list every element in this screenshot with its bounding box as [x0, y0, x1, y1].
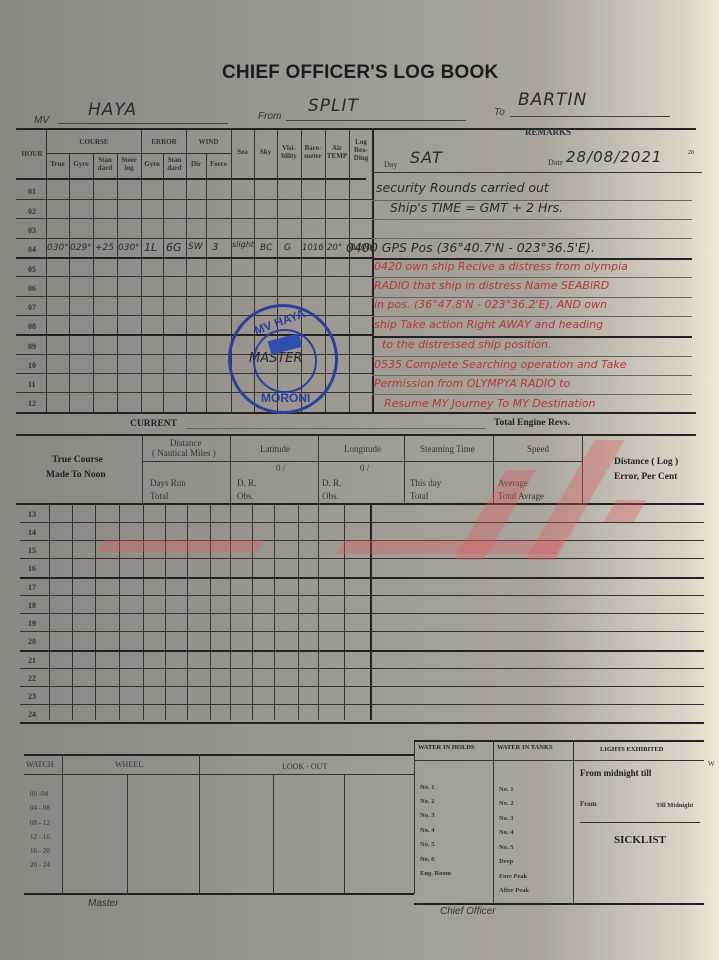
- grid-vline: [165, 504, 166, 720]
- noon-vline: [318, 435, 319, 503]
- remark-line-11: Resume MY Journey To MY Destination: [384, 397, 595, 410]
- lights-from-label: From: [580, 800, 597, 808]
- watch-label: WATCH: [26, 760, 54, 769]
- remark-line-4: 0420 own ship Recive a distress from oly…: [374, 260, 628, 273]
- days-run-label: Days Run: [150, 478, 186, 488]
- row04-gyro-course: 029°: [70, 243, 92, 253]
- ship-stamp: MV HAYA MASTER MORONI: [228, 304, 338, 414]
- hold-2: No. 2: [420, 798, 434, 805]
- hour-20: 20: [28, 637, 36, 646]
- hour-11: 11: [28, 380, 36, 389]
- row-line: [20, 704, 704, 705]
- hour-05: 05: [28, 265, 36, 274]
- row-line: [20, 558, 704, 559]
- row-line: [20, 595, 704, 596]
- page-title: CHIEF OFFICER'S LOG BOOK: [222, 62, 498, 84]
- from-underline: [286, 120, 466, 121]
- col-sea: Sea: [231, 148, 254, 156]
- hour-10: 10: [28, 361, 36, 370]
- pm-table-bottom: [20, 722, 704, 724]
- grid-vline: [318, 504, 319, 720]
- row-line: [20, 650, 704, 652]
- wheel-label: WHEEL: [115, 760, 143, 769]
- hour-23: 23: [28, 692, 36, 701]
- vessel-underline: [58, 123, 228, 124]
- current-label: CURRENT: [130, 419, 177, 429]
- row04-visibility: G: [284, 243, 291, 253]
- col-gyro: Gyro: [69, 160, 93, 168]
- tank-1: No. 1: [499, 786, 513, 793]
- watch-top-border: [24, 754, 414, 756]
- lights-exhibited-label: LIGHTS EXHIBITED: [600, 746, 663, 753]
- to-label: To: [494, 107, 505, 118]
- hour-16: 16: [28, 564, 36, 573]
- col-wind-force: Force: [206, 160, 231, 168]
- to-underline: [510, 116, 670, 117]
- water-holds-label: WATER IN HOLDS: [418, 744, 475, 751]
- chief-officer-signature-label: Chief Officer: [440, 906, 496, 917]
- row-line: [16, 199, 372, 200]
- hour-07: 07: [28, 303, 36, 312]
- hour-08: 08: [28, 322, 36, 331]
- till-midnight-label: Till Midnight: [656, 802, 693, 809]
- am-table-bottom: [16, 412, 696, 414]
- tank-5: No. 5: [499, 844, 513, 851]
- hour-12: 12: [28, 399, 36, 408]
- col-true: True: [46, 160, 69, 168]
- hour-14: 14: [28, 528, 36, 537]
- grid-vline: [274, 504, 275, 720]
- error-per-cent-label: Error, Per Cent: [614, 472, 677, 482]
- row04-air-temp: 20°: [327, 243, 342, 253]
- pm-remarks-divider: [370, 504, 372, 720]
- watch-12-16: 12 - 16: [30, 833, 50, 841]
- row-line: [16, 218, 372, 219]
- speed-label: Speed: [527, 444, 549, 454]
- vessel-name: HAYA: [88, 100, 137, 120]
- grid-vline: [344, 504, 345, 720]
- row04-wind-dir: SW: [188, 242, 203, 252]
- remarks-rule: [372, 238, 692, 239]
- col-wind-dir: Dir: [186, 160, 206, 168]
- this-day-label: This day: [410, 478, 441, 488]
- row-line: [16, 296, 372, 297]
- remarks-rule: [372, 356, 692, 357]
- row-line: [16, 238, 372, 239]
- remark-line-2: Ship's TIME = GMT + 2 Hrs.: [390, 200, 563, 215]
- grid-vline: [210, 504, 211, 720]
- water-tanks-label: WATER IN TANKS: [497, 744, 553, 751]
- noon-vline: [230, 435, 231, 503]
- row04-steering: 030°: [118, 243, 140, 253]
- date-suffix: 20: [688, 150, 694, 156]
- col-steering: Steer ing: [117, 156, 141, 172]
- row04-standard: +25: [95, 243, 114, 253]
- row04-error-gyro: 1L: [144, 241, 157, 254]
- from-label: From: [258, 111, 281, 122]
- watch-08-12: 08 - 12: [30, 819, 50, 827]
- hour-header: HOUR: [17, 150, 47, 158]
- hour-24: 24: [28, 710, 36, 719]
- water-vline: [573, 740, 574, 903]
- col-sky: Sky: [254, 148, 277, 156]
- row-line: [20, 613, 704, 614]
- hour-15: 15: [28, 546, 36, 555]
- watch-vline: [273, 775, 274, 894]
- hold-3: No. 3: [420, 812, 434, 819]
- row-line: [16, 257, 372, 259]
- tank-4: No. 4: [499, 829, 513, 836]
- hour-02: 02: [28, 207, 36, 216]
- watch-bottom-border: [24, 893, 414, 895]
- watch-header-line: [24, 774, 414, 775]
- watch-16-20: 16 - 20: [30, 847, 50, 855]
- row-line: [20, 631, 704, 632]
- day-value: SAT: [410, 148, 443, 167]
- hour-19: 19: [28, 619, 36, 628]
- grid-vline: [298, 504, 299, 720]
- grid-vline: [143, 504, 144, 720]
- hour-06: 06: [28, 284, 36, 293]
- hour-04: 04: [28, 245, 36, 254]
- remarks-header: REMARKS: [478, 128, 618, 136]
- master-signature-label: Master: [88, 898, 119, 909]
- watermark-stripe: [97, 540, 264, 552]
- watch-00-04: 00 -04: [30, 790, 48, 798]
- date-label: Date: [548, 158, 563, 167]
- from-port: SPLIT: [308, 96, 359, 116]
- remark-line-10: Permission from OLYMPYA RADIO to: [374, 377, 570, 390]
- water-top-border: [414, 740, 704, 742]
- distance-total-label: Total: [150, 491, 168, 501]
- row-line: [16, 276, 372, 277]
- steaming-time-label: Steaming Time: [420, 444, 475, 454]
- remark-line-3: 0400 GPS Pos (36°40.7'N - 023°36.5'E).: [346, 240, 595, 255]
- row-line: [20, 686, 704, 687]
- sicklist-label: SICKLIST: [614, 834, 666, 846]
- remark-line-7: ship Take action Right AWAY and heading: [374, 318, 603, 331]
- col-standard: Stan dard: [93, 156, 117, 172]
- stamp-bottom-text: MORONI: [261, 391, 310, 405]
- grid-vline: [349, 130, 350, 412]
- longitude-units: 0 /: [360, 463, 369, 473]
- tank-deep: Deep: [499, 858, 513, 865]
- course-header: COURSE: [46, 138, 142, 146]
- water-bottom-border: [414, 903, 704, 905]
- hold-5: No. 5: [420, 841, 434, 848]
- vessel-label: MV: [34, 115, 49, 126]
- from-midnight-till-label: From midnight till: [580, 768, 651, 778]
- row-line: [20, 522, 704, 523]
- noon-subheader-line: [142, 461, 582, 462]
- hour-17: 17: [28, 583, 36, 592]
- col-error-gyro: Gyro: [141, 160, 163, 168]
- grid-vline: [119, 504, 120, 720]
- lights-divider: [580, 822, 700, 823]
- row-line: [16, 315, 372, 316]
- longitude-obs-label: Obs.: [322, 491, 339, 501]
- day-date-line: [372, 172, 702, 173]
- remarks-rule: [372, 394, 692, 395]
- hold-4: No. 4: [420, 827, 434, 834]
- latitude-label: Latitude: [260, 444, 290, 454]
- hour-22: 22: [28, 674, 36, 683]
- total-engine-revs-label: Total Engine Revs.: [494, 418, 570, 428]
- subheader-line: [46, 153, 231, 154]
- day-label: Day: [384, 160, 397, 169]
- remarks-rule: [372, 375, 692, 376]
- latitude-obs-label: Obs.: [237, 491, 254, 501]
- grid-vline: [186, 130, 187, 412]
- hour-18: 18: [28, 601, 36, 610]
- grid-vline: [187, 504, 188, 720]
- distance-label: Distance: [170, 438, 202, 448]
- watch-vline: [344, 775, 345, 894]
- tank-2: No. 2: [499, 800, 513, 807]
- remark-line-5: RADIO that ship in distress Name SEABIRD: [374, 279, 609, 292]
- wind-header: WIND: [186, 138, 231, 146]
- remarks-rule: [372, 219, 692, 220]
- col-error-standard: Stan dard: [163, 156, 186, 172]
- watch-vline: [127, 775, 128, 894]
- current-line: [186, 428, 486, 429]
- row04-barometer: 1016: [302, 243, 324, 253]
- hold-6: No. 6: [420, 856, 434, 863]
- row-line: [20, 577, 704, 579]
- next-page-fragment: W: [708, 760, 715, 768]
- remark-line-6: in pos. (36°47.8'N - 023°36.2'E). AND ow…: [374, 298, 607, 311]
- grid-vline: [230, 504, 231, 720]
- noon-vline: [404, 435, 405, 503]
- row04-sky: BC: [260, 243, 272, 253]
- row04-sea: slight: [232, 240, 254, 249]
- row04-wind-force: 3: [212, 242, 218, 253]
- remark-line-1: security Rounds carried out: [376, 180, 549, 195]
- row-line: [20, 668, 704, 669]
- grid-vline: [252, 504, 253, 720]
- latitude-dr-label: D. R.: [237, 478, 256, 488]
- made-to-noon-label: Made To Noon: [46, 470, 106, 480]
- col-visibility: Visi- bility: [277, 144, 301, 160]
- watch-20-24: 20 - 24: [30, 861, 50, 869]
- error-header: ERROR: [142, 138, 186, 146]
- watch-04-08: 04 - 08: [30, 804, 50, 812]
- hour-03: 03: [28, 226, 36, 235]
- remarks-rule: [372, 277, 692, 278]
- hold-eng-room: Eng. Room: [420, 870, 451, 877]
- watch-vline: [414, 740, 415, 894]
- hour-13: 13: [28, 510, 36, 519]
- noon-vline: [142, 435, 143, 503]
- hour-09: 09: [28, 342, 36, 351]
- true-course-label: True Course: [52, 455, 103, 465]
- remark-line-8: to the distressed ship position.: [382, 338, 551, 351]
- lookout-label: LOOK - OUT: [282, 762, 327, 771]
- longitude-label: Longitude: [344, 444, 381, 454]
- tank-after-peak: After Peak: [499, 887, 529, 894]
- row04-true-course: 030°: [47, 243, 69, 253]
- grid-vline: [46, 130, 47, 412]
- grid-vline: [95, 504, 96, 720]
- longitude-dr-label: D. R.: [322, 478, 341, 488]
- date-value: 28/08/2021: [566, 148, 662, 166]
- watch-vline: [62, 754, 63, 894]
- row04-error-standard: 6G: [166, 241, 182, 254]
- distance-log-label: Distance ( Log ): [614, 457, 678, 467]
- to-port: BARTIN: [518, 90, 587, 110]
- water-header-line: [414, 760, 704, 761]
- water-vline: [493, 740, 494, 903]
- col-log-reading: Log Rea- Ding: [349, 138, 373, 162]
- grid-vline: [49, 504, 50, 720]
- watch-vline: [199, 754, 200, 894]
- latitude-units: 0 /: [276, 463, 285, 473]
- grid-vline: [141, 130, 142, 412]
- col-barometer: Baro- meter: [301, 144, 325, 160]
- hour-21: 21: [28, 656, 36, 665]
- remark-line-9: 0535 Complete Searching operation and Ta…: [374, 358, 626, 371]
- steaming-total-label: Total: [410, 491, 428, 501]
- noon-top-border: [16, 434, 696, 436]
- hold-1: No. 1: [420, 784, 434, 791]
- hour-01: 01: [28, 187, 36, 196]
- tank-fore-peak: Fore Peak: [499, 873, 527, 880]
- grid-vline: [72, 504, 73, 720]
- distance-sub-label: ( Nautical Miles ): [152, 448, 216, 458]
- tank-3: No. 3: [499, 815, 513, 822]
- remarks-rule: [372, 316, 692, 317]
- col-air-temp: Air TEMP: [325, 144, 349, 160]
